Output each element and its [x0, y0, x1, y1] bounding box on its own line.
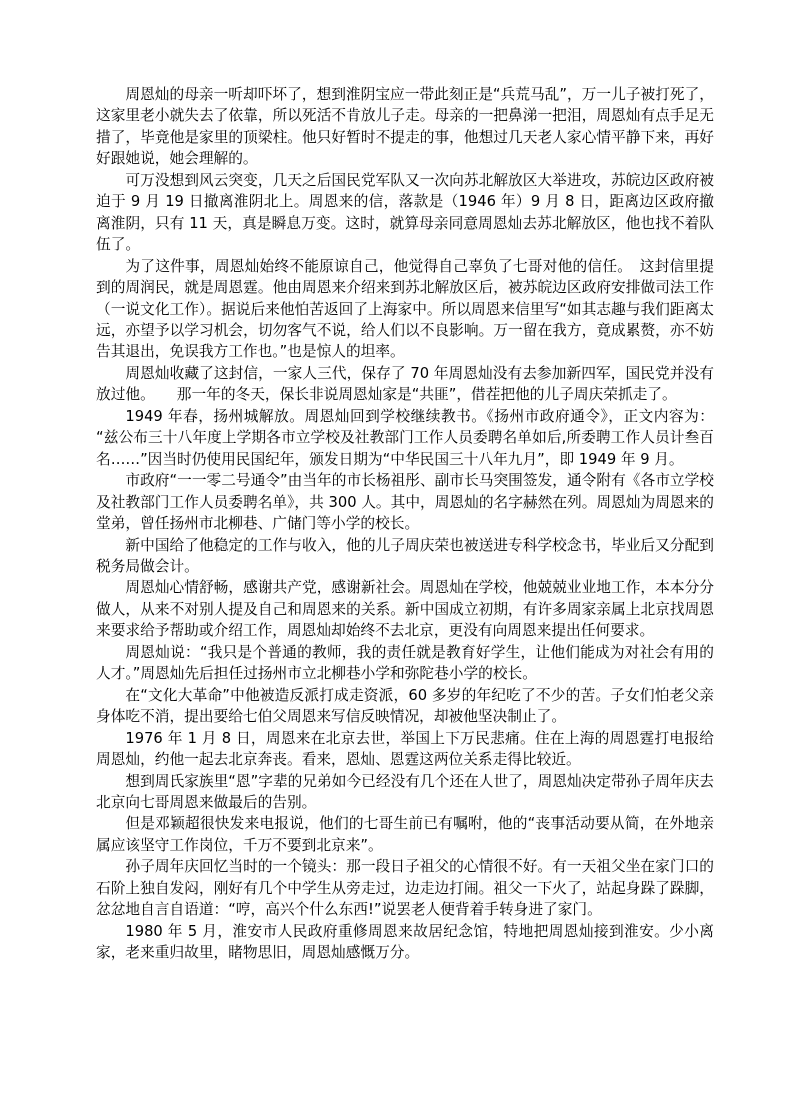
paragraph-12: 想到周氏家族里“恩”字辈的兄弟如今已经没有几个还在人世了，周恩灿决定带孙子周年庆…: [96, 771, 714, 814]
document-page: 周恩灿的母亲一听却吓坏了，想到淮阴宝应一带此刻正是“兵荒马乱”，万一儿子被打死了…: [96, 84, 714, 964]
paragraph-1: 周恩灿的母亲一听却吓坏了，想到淮阴宝应一带此刻正是“兵荒马乱”，万一儿子被打死了…: [96, 84, 714, 170]
paragraph-14: 孙子周年庆回忆当时的一个镜头：那一段日子祖父的心情很不好。有一天祖父坐在家门口的…: [96, 856, 714, 920]
paragraph-5: 1949 年春，扬州城解放。周恩灿回到学校继续教书。《扬州市政府通令》，正文内容…: [96, 406, 714, 470]
paragraph-3: 为了这件事，周恩灿始终不能原谅自己，他觉得自己辜负了七哥对他的信任。 这封信里提…: [96, 256, 714, 363]
paragraph-8: 周恩灿心情舒畅，感谢共产党，感谢新社会。周恩灿在学校，他兢兢业业地工作，本本分分…: [96, 577, 714, 641]
document-body: 周恩灿的母亲一听却吓坏了，想到淮阴宝应一带此刻正是“兵荒马乱”，万一儿子被打死了…: [96, 84, 714, 964]
paragraph-11: 1976 年 1 月 8 日，周恩来在北京去世，举国上下万民悲痛。住在上海的周恩…: [96, 728, 714, 771]
paragraph-15: 1980 年 5 月，淮安市人民政府重修周恩来故居纪念馆，特地把周恩灿接到淮安。…: [96, 921, 714, 964]
paragraph-10: 在“文化大革命”中他被造反派打成走资派，60 多岁的年纪吃了不少的苦。子女们怕老…: [96, 685, 714, 728]
paragraph-7: 新中国给了他稳定的工作与收入，他的儿子周庆荣也被送进专科学校念书，毕业后又分配到…: [96, 535, 714, 578]
paragraph-2: 可万没想到风云突变，几天之后国民党军队又一次向苏北解放区大举进攻，苏皖边区政府被…: [96, 170, 714, 256]
paragraph-4: 周恩灿收藏了这封信，一家人三代，保存了 70 年周恩灿没有去参加新四军，国民党并…: [96, 363, 714, 406]
paragraph-13: 但是邓颖超很快发来电报说，他们的七哥生前已有嘱咐，他的“丧事活动要从简，在外地亲…: [96, 813, 714, 856]
paragraph-6: 市政府“一一零二号通令”由当年的市长杨祖彤、副市长马突围签发，通令附有《各市立学…: [96, 470, 714, 534]
paragraph-9: 周恩灿说：“我只是个普通的教师，我的责任就是教育好学生，让他们能成为对社会有用的…: [96, 642, 714, 685]
